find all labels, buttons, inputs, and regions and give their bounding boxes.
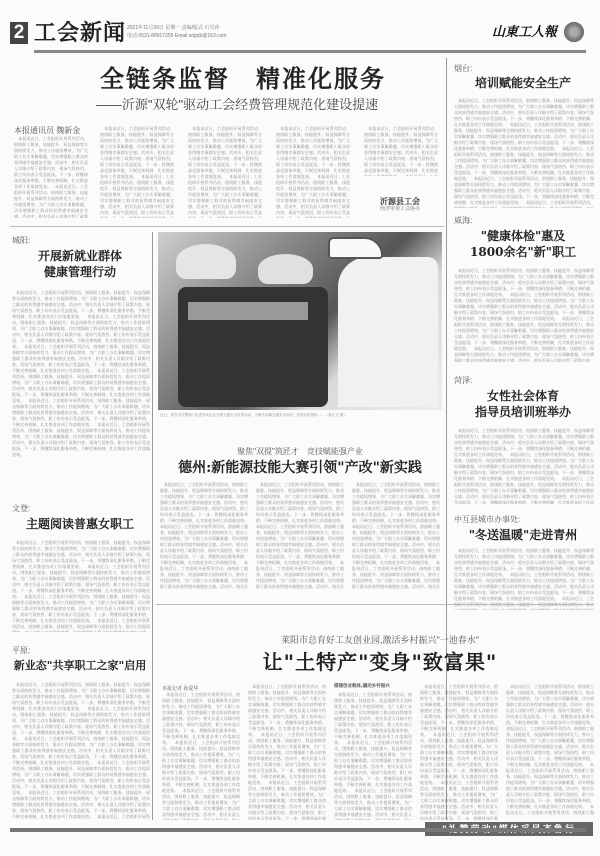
bottom-col-1: 本报讯近日，工会组织开展系列活动，围绕职工服务、技能提升、权益保障等方面持续发力… xyxy=(162,692,240,820)
brief-body: 本报讯近日，工会组织开展系列活动，围绕职工服务、技能提升、权益保障等方面持续发力… xyxy=(454,548,594,610)
brief-headline[interactable]: 培训赋能安全生产 xyxy=(452,75,594,91)
brief-body: 本报讯近日，工会组织开展系列活动，围绕职工服务、技能提升、权益保障等方面持续发力… xyxy=(12,540,150,632)
vest-stripe xyxy=(188,302,308,320)
brief-body: 本报讯近日，工会组织开展系列活动，围绕职工服务、技能提升、权益保障等方面持续发力… xyxy=(12,290,150,482)
brief-place: 威海: xyxy=(454,216,472,226)
center-col-1: 本报讯近日，工会组织开展系列活动，围绕职工服务、技能提升、权益保障等方面持续发力… xyxy=(160,482,248,590)
brief-body: 本报讯近日，工会组织开展系列活动，围绕职工服务、技能提升、权益保障等方面持续发力… xyxy=(454,428,594,504)
lead-subhead: ——沂源"双轮"驱动工会经费管理规范化建设提速 xyxy=(92,97,382,113)
lead-col-3: 本报讯近日，工会组织开展系列活动，围绕职工服务、技能提升、权益保障等方面持续发力… xyxy=(188,126,262,218)
center-headline[interactable]: 德州:新能源技能大赛引领"产改"新实践 xyxy=(158,459,442,477)
lead-col-2: 本报讯近日，工会组织开展系列活动，围绕职工服务、技能提升、权益保障等方面持续发力… xyxy=(100,126,174,218)
section-title: 工会新闻 xyxy=(34,20,126,46)
newspaper-logo: 山東工人報 xyxy=(492,25,557,41)
divider xyxy=(10,226,444,227)
divider xyxy=(156,604,594,605)
bottom-col-2: 本报讯近日，工会组织开展系列活动，围绕职工服务、技能提升、权益保障等方面持续发力… xyxy=(248,684,326,820)
footer-rule xyxy=(10,828,586,832)
center-col-3: 本报讯近日，工会组织开展系列活动，围绕职工服务、技能提升、权益保障等方面持续发力… xyxy=(352,482,440,590)
seal-icon xyxy=(564,22,584,42)
brief-body: 本报讯近日，工会组织开展系列活动，围绕职工服务、技能提升、权益保障等方面持续发力… xyxy=(454,98,594,208)
news-photo[interactable] xyxy=(158,232,442,410)
brief-place: 文登: xyxy=(12,504,30,514)
masthead-rule xyxy=(34,50,586,53)
helmet-shape xyxy=(176,244,236,279)
page-meta: 2021年11月29日 星期一 责编/版式 石雪萍 电话:0531-889172… xyxy=(127,24,277,40)
page-number: 2 xyxy=(10,22,28,44)
photo-caption: 近日，青岛市交警部门走进外卖企业开展交通安全宣传活动，为骑手讲解交通安全知识，发… xyxy=(160,413,442,418)
brief-headline[interactable]: 开展新就业群体 健康管理行动 xyxy=(10,248,150,280)
center-kicker: 聚焦"双提"筑匠才 竞技赋能强产业 xyxy=(158,447,442,457)
column-divider xyxy=(152,232,153,820)
lead-col-5: 本报讯近日，工会组织开展系列活动，围绕职工服务、技能提升、权益保障等方面持续发力… xyxy=(364,126,438,176)
brief-body: 本报讯近日，工会组织开展系列活动，围绕职工服务、技能提升、权益保障等方面持续发力… xyxy=(12,682,150,820)
meta-contact: 电话:0531-88917255 Email:sdgrjb@163.com xyxy=(127,32,277,40)
bottom-subhead: 搭建创业载体,撬动乡村振兴 xyxy=(334,684,412,690)
brief-headline[interactable]: 新业态"共享职工之家"启用 xyxy=(8,658,152,674)
center-col-2: 本报讯近日，工会组织开展系列活动，围绕职工服务、技能提升、权益保障等方面持续发力… xyxy=(256,482,344,590)
bottom-headline[interactable]: 让"土特产"变身"致富果" xyxy=(160,650,600,674)
brief-place: 平原: xyxy=(12,646,30,656)
lead-col-1: 本报讯近日，工会组织开展系列活动，围绕职工服务、技能提升、权益保障等方面持续发力… xyxy=(14,136,88,218)
brief-body: 本报讯近日，工会组织开展系列活动，围绕职工服务、技能提升、权益保障等方面持续发力… xyxy=(454,268,594,362)
officer-cap xyxy=(328,237,383,259)
brief-headline[interactable]: 主题阅读普惠女职工 xyxy=(10,516,150,532)
brief-place: 中互县城市办事处: xyxy=(454,515,520,525)
lead-signature-sub: 经济审查工会协办 xyxy=(370,206,430,213)
brief-place: 城阳: xyxy=(12,236,30,246)
officer-figure xyxy=(338,257,438,407)
bottom-kicker: 莱阳市总育好工友创业园,激活乡村振兴"一池春水" xyxy=(160,635,600,645)
lead-signature: 沂源县工会 xyxy=(370,196,430,206)
brief-headline[interactable]: "健康体检"惠及 1800余名"新"职工 xyxy=(452,228,594,260)
bottom-col-4: 本报讯近日，工会组织开展系列活动，围绕职工服务、技能提升、权益保障等方面持续发力… xyxy=(420,684,498,820)
lead-byline: 本报通讯员 魏新金 xyxy=(14,126,80,136)
bottom-col-3: 本报讯近日，工会组织开展系列活动，围绕职工服务、技能提升、权益保障等方面持续发力… xyxy=(334,692,412,820)
brief-place: 烟台: xyxy=(454,64,472,74)
brief-place: 菏泽: xyxy=(454,376,472,386)
helmet-shape xyxy=(258,254,313,284)
meta-date-editor: 2021年11月29日 星期一 责编/版式 石雪萍 xyxy=(127,24,277,32)
bottom-col-5: 本报讯近日，工会组织开展系列活动，围绕职工服务、技能提升、权益保障等方面持续发力… xyxy=(506,684,594,816)
lead-headline[interactable]: 全链条监督 精准化服务 xyxy=(100,64,360,94)
brief-headline[interactable]: 女性社会体育 指导员培训班举办 xyxy=(452,388,594,420)
lead-col-4: 本报讯近日，工会组织开展系列活动，围绕职工服务、技能提升、权益保障等方面持续发力… xyxy=(276,126,350,218)
brief-headline[interactable]: "冬送温暖"走进青州 xyxy=(452,527,594,543)
